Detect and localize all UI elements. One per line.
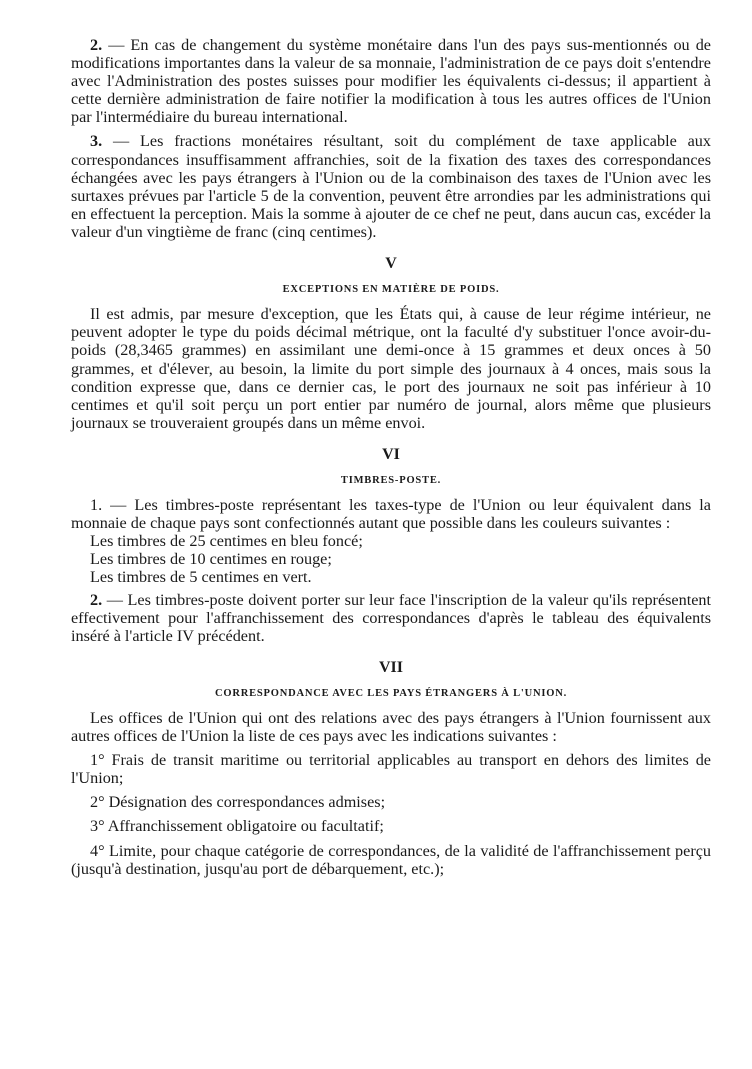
- paragraph-number: 2.: [90, 36, 102, 54]
- document-page: 2. — En cas de changement du système mon…: [71, 36, 711, 884]
- section-vii-heading: CORRESPONDANCE AVEC LES PAYS ÉTRANGERS À…: [71, 685, 711, 703]
- article-iv-paragraph-2: 2. — En cas de changement du système mon…: [71, 36, 711, 126]
- stamp-color-item: Les timbres de 10 centimes en rouge;: [71, 550, 711, 568]
- section-vii-numeral: VII: [71, 659, 711, 677]
- section-v-heading: EXCEPTIONS EN MATIÈRE DE POIDS.: [71, 281, 711, 299]
- section-vi-paragraph-2: 2. — Les timbres-poste doivent porter su…: [71, 591, 711, 645]
- paragraph-text: — Les timbres-poste représentant les tax…: [71, 496, 711, 532]
- section-v-numeral: V: [71, 255, 711, 273]
- indication-item: 2° Désignation des correspondances admis…: [71, 793, 711, 811]
- article-iv-paragraph-3: 3. — Les fractions monétaires résultant,…: [71, 132, 711, 241]
- indication-item: 4° Limite, pour chaque catégorie de corr…: [71, 842, 711, 878]
- section-vi-heading: TIMBRES-POSTE.: [71, 472, 711, 490]
- indication-item: 3° Affranchissement obligatoire ou facul…: [71, 817, 711, 835]
- paragraph-number: 3.: [90, 132, 102, 150]
- paragraph-number: 2.: [90, 591, 102, 609]
- section-vi-paragraph-1: 1. — Les timbres-poste représentant les …: [71, 496, 711, 532]
- indication-item: 1° Frais de transit maritime ou territor…: [71, 751, 711, 787]
- section-vii-intro: Les offices de l'Union qui ont des relat…: [71, 709, 711, 745]
- paragraph-text: — Les timbres-poste doivent porter sur l…: [71, 591, 711, 645]
- stamp-color-item: Les timbres de 5 centimes en vert.: [71, 568, 711, 586]
- stamp-color-item: Les timbres de 25 centimes en bleu foncé…: [71, 532, 711, 550]
- paragraph-number: 1.: [90, 496, 102, 514]
- section-v-text: Il est admis, par mesure d'exception, qu…: [71, 305, 711, 432]
- paragraph-text: — En cas de changement du système monéta…: [71, 36, 711, 126]
- paragraph-text: — Les fractions monétaires résultant, so…: [71, 132, 711, 240]
- section-vi-numeral: VI: [71, 446, 711, 464]
